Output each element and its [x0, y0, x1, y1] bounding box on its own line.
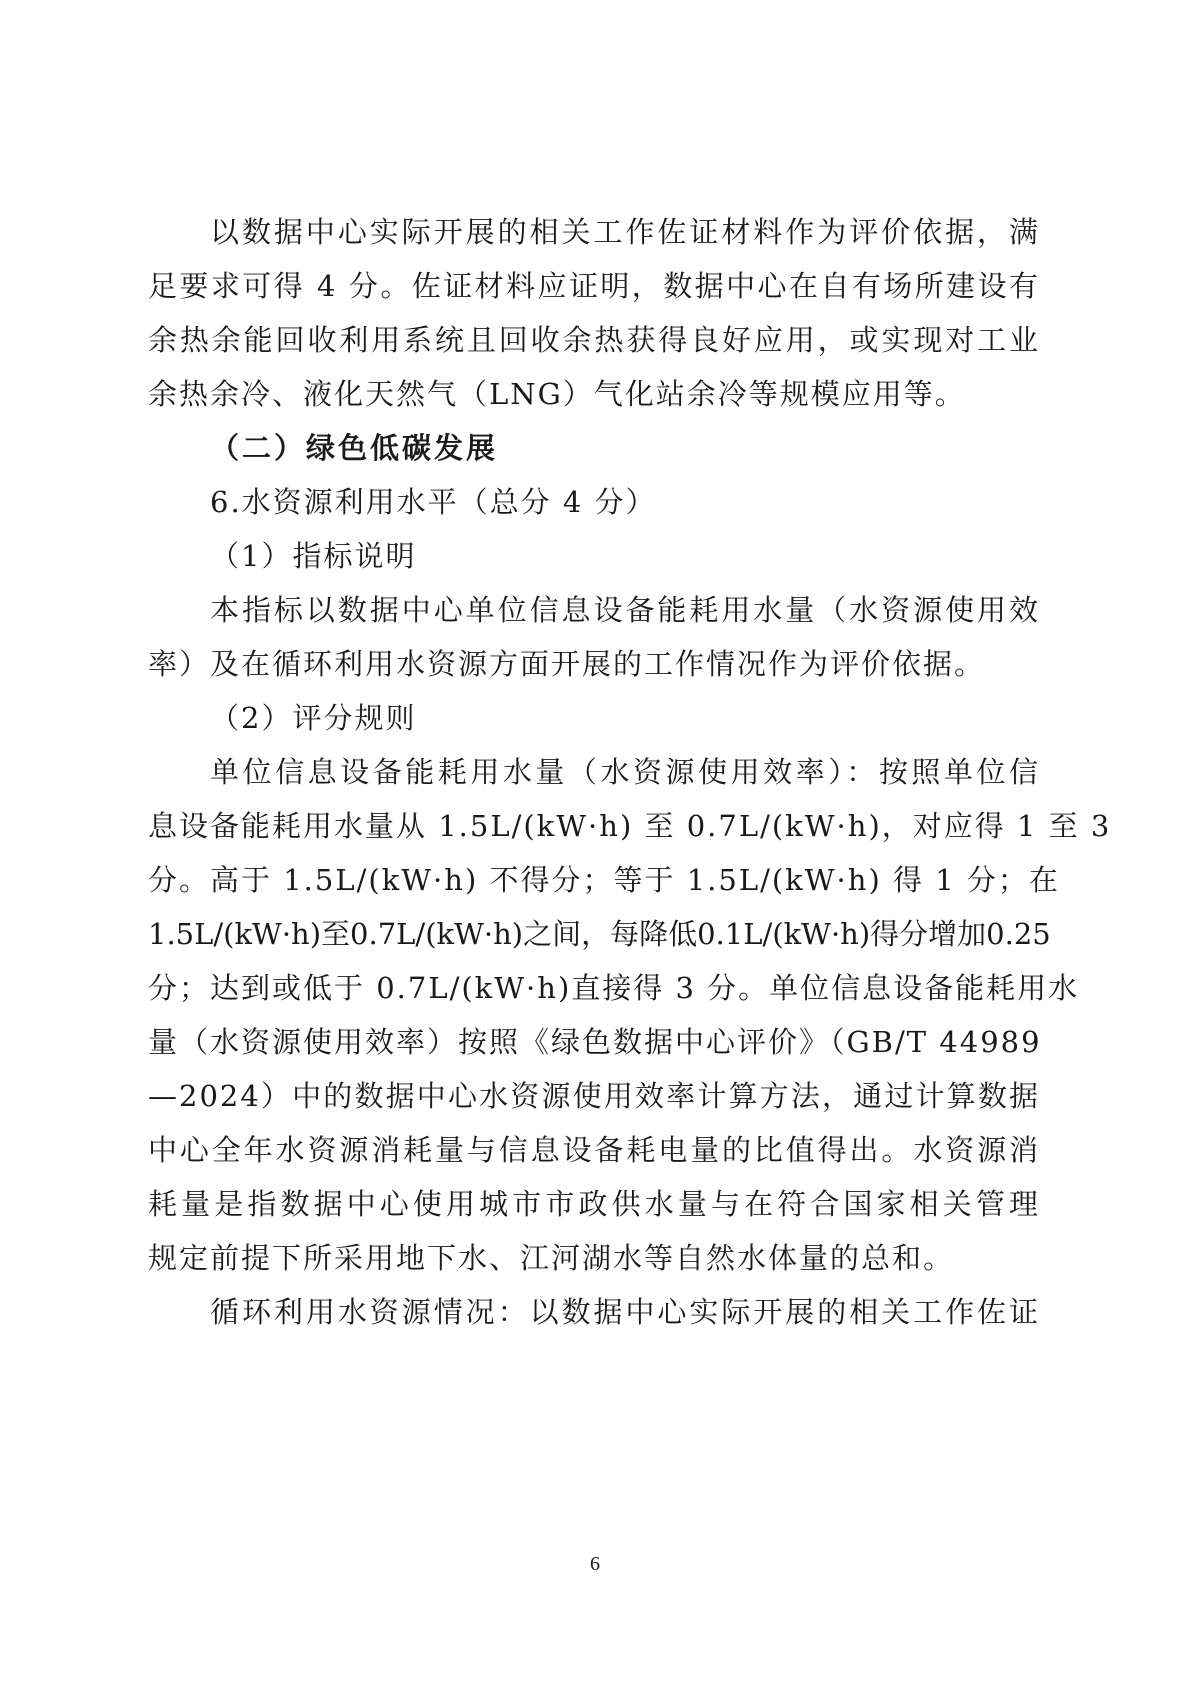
paragraph-line: 1.5L/(kW·h)至0.7L/(kW·h)之间，每降低0.1L/(kW·h)…: [148, 914, 1040, 954]
paragraph-line: 中心全年水资源消耗量与信息设备耗电量的比值得出。水资源消: [148, 1130, 1040, 1170]
document-page: 以数据中心实际开展的相关工作佐证材料作为评价依据，满 足要求可得 4 分。佐证材…: [0, 0, 1190, 1683]
item-heading: （2）评分规则: [210, 698, 1040, 738]
paragraph-line: 分。高于 1.5L/(kW·h) 不得分；等于 1.5L/(kW·h) 得 1 …: [148, 860, 1040, 900]
paragraph-line: 余热余能回收利用系统且回收余热获得良好应用，或实现对工业: [148, 320, 1040, 360]
paragraph-line: 以数据中心实际开展的相关工作佐证材料作为评价依据，满: [210, 212, 1040, 252]
paragraph-line: 耗量是指数据中心使用城市市政供水量与在符合国家相关管理: [148, 1184, 1040, 1224]
paragraph-line: 规定前提下所采用地下水、江河湖水等自然水体量的总和。: [148, 1238, 1040, 1278]
paragraph-line: 循环利用水资源情况：以数据中心实际开展的相关工作佐证: [210, 1292, 1040, 1332]
paragraph-line: 本指标以数据中心单位信息设备能耗用水量（水资源使用效: [210, 590, 1040, 630]
paragraph-line: 足要求可得 4 分。佐证材料应证明，数据中心在自有场所建设有: [148, 266, 1040, 306]
paragraph-line: 息设备能耗用水量从 1.5L/(kW·h) 至 0.7L/(kW·h)，对应得 …: [148, 806, 1040, 846]
item-heading: （1）指标说明: [210, 536, 1040, 576]
paragraph-line: 单位信息设备能耗用水量（水资源使用效率）：按照单位信: [210, 752, 1040, 792]
paragraph-line: 余热余冷、液化天然气（LNG）气化站余冷等规模应用等。: [148, 374, 1040, 414]
page-number: 6: [0, 1553, 1190, 1576]
paragraph-line: 率）及在循环利用水资源方面开展的工作情况作为评价依据。: [148, 644, 1040, 684]
section-heading: （二）绿色低碳发展: [210, 428, 1040, 468]
paragraph-line: —2024）中的数据中心水资源使用效率计算方法，通过计算数据: [148, 1076, 1040, 1116]
paragraph-line: 分；达到或低于 0.7L/(kW·h)直接得 3 分。单位信息设备能耗用水: [148, 968, 1040, 1008]
subsection-heading: 6.水资源利用水平（总分 4 分）: [210, 482, 1040, 522]
paragraph-line: 量（水资源使用效率）按照《绿色数据中心评价》（GB/T 44989: [148, 1022, 1040, 1062]
